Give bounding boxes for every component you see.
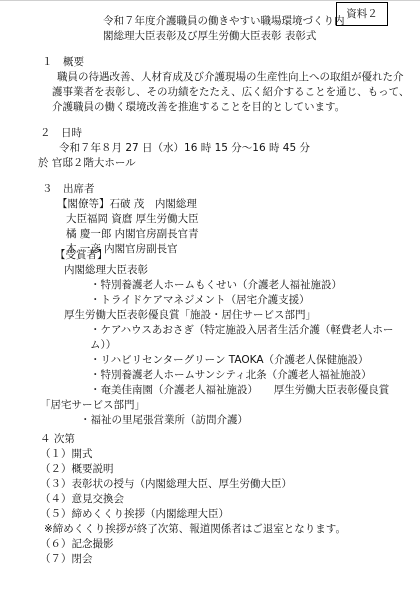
- overview-line: 介護職員の働く環境改善を推進することを目的としています。: [52, 100, 345, 115]
- program-note: ※締めくくり挨拶が終了次第、報道関係者はご退室となります。: [44, 522, 346, 537]
- page-top-border: [0, 0, 420, 1]
- awardee-item: ・福祉の里尾張営業所（訪問介護）: [80, 413, 248, 428]
- awardee-item: ・ケアハウスあおさぎ（特定施設入居者生活介護（軽費老人ホー: [90, 323, 393, 338]
- attendee-line: 橘 慶一郎 内閣官房副長官青: [66, 227, 199, 242]
- program-item: （１）開式: [40, 447, 93, 462]
- overview-line: 護事業者を表彰し、その功績をたたえ、広く紹介することを通じ、もって、: [52, 85, 409, 100]
- datetime-date: 令和７年８月 27 日（水）16 時 15 分～16 時 45 分: [59, 141, 310, 156]
- program-item: （６）記念撮影: [40, 537, 114, 552]
- datetime-venue: 於 官邸２階大ホール: [38, 156, 136, 171]
- awardee-item: ・特別養護老人ホームもくせい（介護老人福祉施設）: [90, 278, 342, 293]
- attendee-line: 【閣僚等】石破 茂 内閣総理: [57, 197, 197, 212]
- mhlw-home-award-heading: 「居宅サービス部門」: [40, 398, 145, 413]
- awardee-item-continued: ム））: [90, 338, 116, 353]
- program-item: （３）表彰状の授与（内閣総理大臣、厚生労働大臣）: [40, 477, 292, 492]
- awardee-item: ・特別養護老人ホームサンシティ北条（介護老人福祉施設）: [90, 368, 372, 383]
- overview-heading: １ 概要: [42, 55, 84, 70]
- program-item: （５）締めくくり挨拶（内閣総理大臣）: [40, 507, 229, 522]
- attendee-line: 大臣福岡 資麿 厚生労働大臣: [66, 212, 199, 227]
- awardee-item: ・トライドケアマネジメント（居宅介護支援）: [90, 293, 310, 308]
- title-line-2: 閣総理大臣表彰及び厚生労働大臣表彰 表彰式: [103, 29, 316, 44]
- program-item: （７）閉会: [40, 552, 93, 567]
- awardee-item: ・リハビリセンターグリーン TAOKA（介護老人保健施設）: [90, 353, 369, 368]
- attendees-heading: ３ 出席者: [42, 182, 95, 197]
- pm-award-heading: 内閣総理大臣表彰: [64, 263, 148, 278]
- program-heading: ４ 次第: [40, 432, 75, 447]
- overview-line: 職員の待遇改善、人材育成及び介護現場の生産性向上への取組が優れた介: [57, 70, 404, 85]
- datetime-heading: ２ 日時: [40, 126, 82, 141]
- program-item: （２）概要説明: [40, 462, 114, 477]
- awardees-heading: 【受賞者】: [55, 248, 108, 263]
- mhlw-facility-award-heading: 厚生労働大臣表彰優良賞「施設・居住サービス部門」: [64, 308, 316, 323]
- awardee-item: ・奄美佳南園（介護老人福祉施設） 厚生労働大臣表彰優良賞: [90, 383, 389, 398]
- title-line-1: 令和７年度介護職員の働きやすい職場環境づくり内: [103, 14, 345, 29]
- program-item: （４）意見交換会: [40, 492, 124, 507]
